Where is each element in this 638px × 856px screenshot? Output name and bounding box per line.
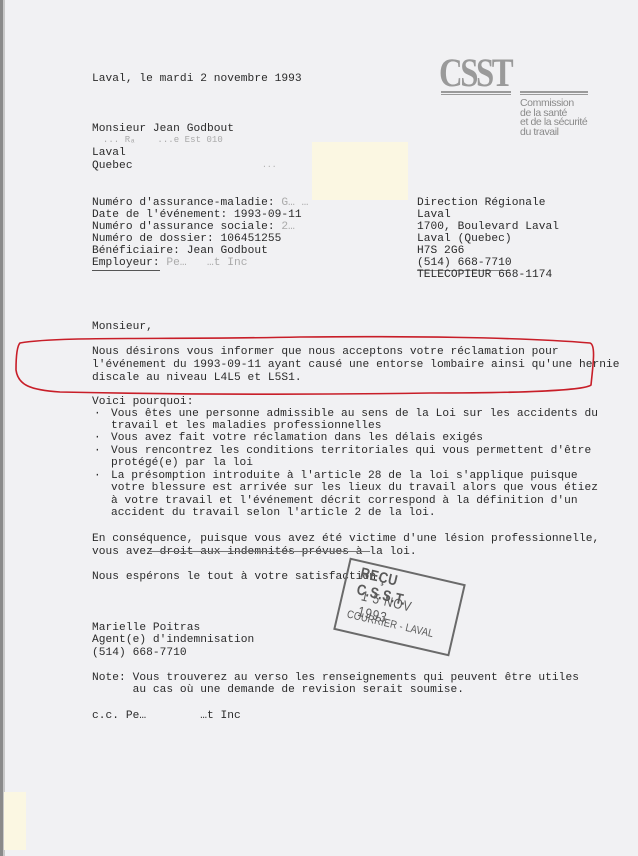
note-line: Note: Vous trouverez au verso les rensei… [92, 672, 579, 685]
decision-line: Nous désirons vous informer que nous acc… [92, 346, 559, 359]
reason-line: Vous êtes une personne admissible au sen… [111, 408, 598, 421]
strike-artifact [150, 551, 370, 552]
reasons-intro: Voici pourquoi: [92, 396, 193, 409]
bullet-icon: · [94, 445, 101, 458]
reason-line: Vous rencontrez les conditions territori… [111, 445, 591, 458]
reason-line: travail et les maladies professionnelles [111, 420, 382, 433]
signatory-title: Agent(e) d'indemnisation [92, 634, 254, 647]
reason-line: accident du travail selon l'article 2 de… [111, 507, 436, 520]
signatory-phone: (514) 668-7710 [92, 647, 187, 660]
conclusion-line: En conséquence, puisque vous avez été vi… [92, 533, 599, 546]
signatory-name: Marielle Poitras [92, 622, 200, 635]
note-line: au cas où une demande de revision serait… [92, 684, 464, 697]
bullet-icon: · [94, 470, 101, 483]
decision-line: discale au niveau L4L5 et L5S1. [92, 372, 302, 385]
decision-line: l'événement du 1993-09-11 ayant causé un… [92, 359, 620, 372]
bullet-icon: · [94, 408, 101, 421]
reason-line: Vous avez fait votre réclamation dans le… [111, 432, 483, 445]
conclusion-line: vous avez droit aux indemnités prévues à… [92, 546, 417, 559]
bullet-icon: · [94, 432, 101, 445]
reason-line: à votre travail et l'événement décrit co… [111, 495, 578, 508]
reason-line: La présomption introduite à l'article 28… [111, 470, 578, 483]
reason-line: protégé(e) par la loi [111, 457, 253, 470]
closing-line: Nous espérons le tout à votre satisfacti… [92, 571, 383, 584]
cc-line: c.c. Pe… …t Inc [92, 710, 241, 723]
reason-line: votre blessure est arrivée sur les lieux… [111, 482, 598, 495]
